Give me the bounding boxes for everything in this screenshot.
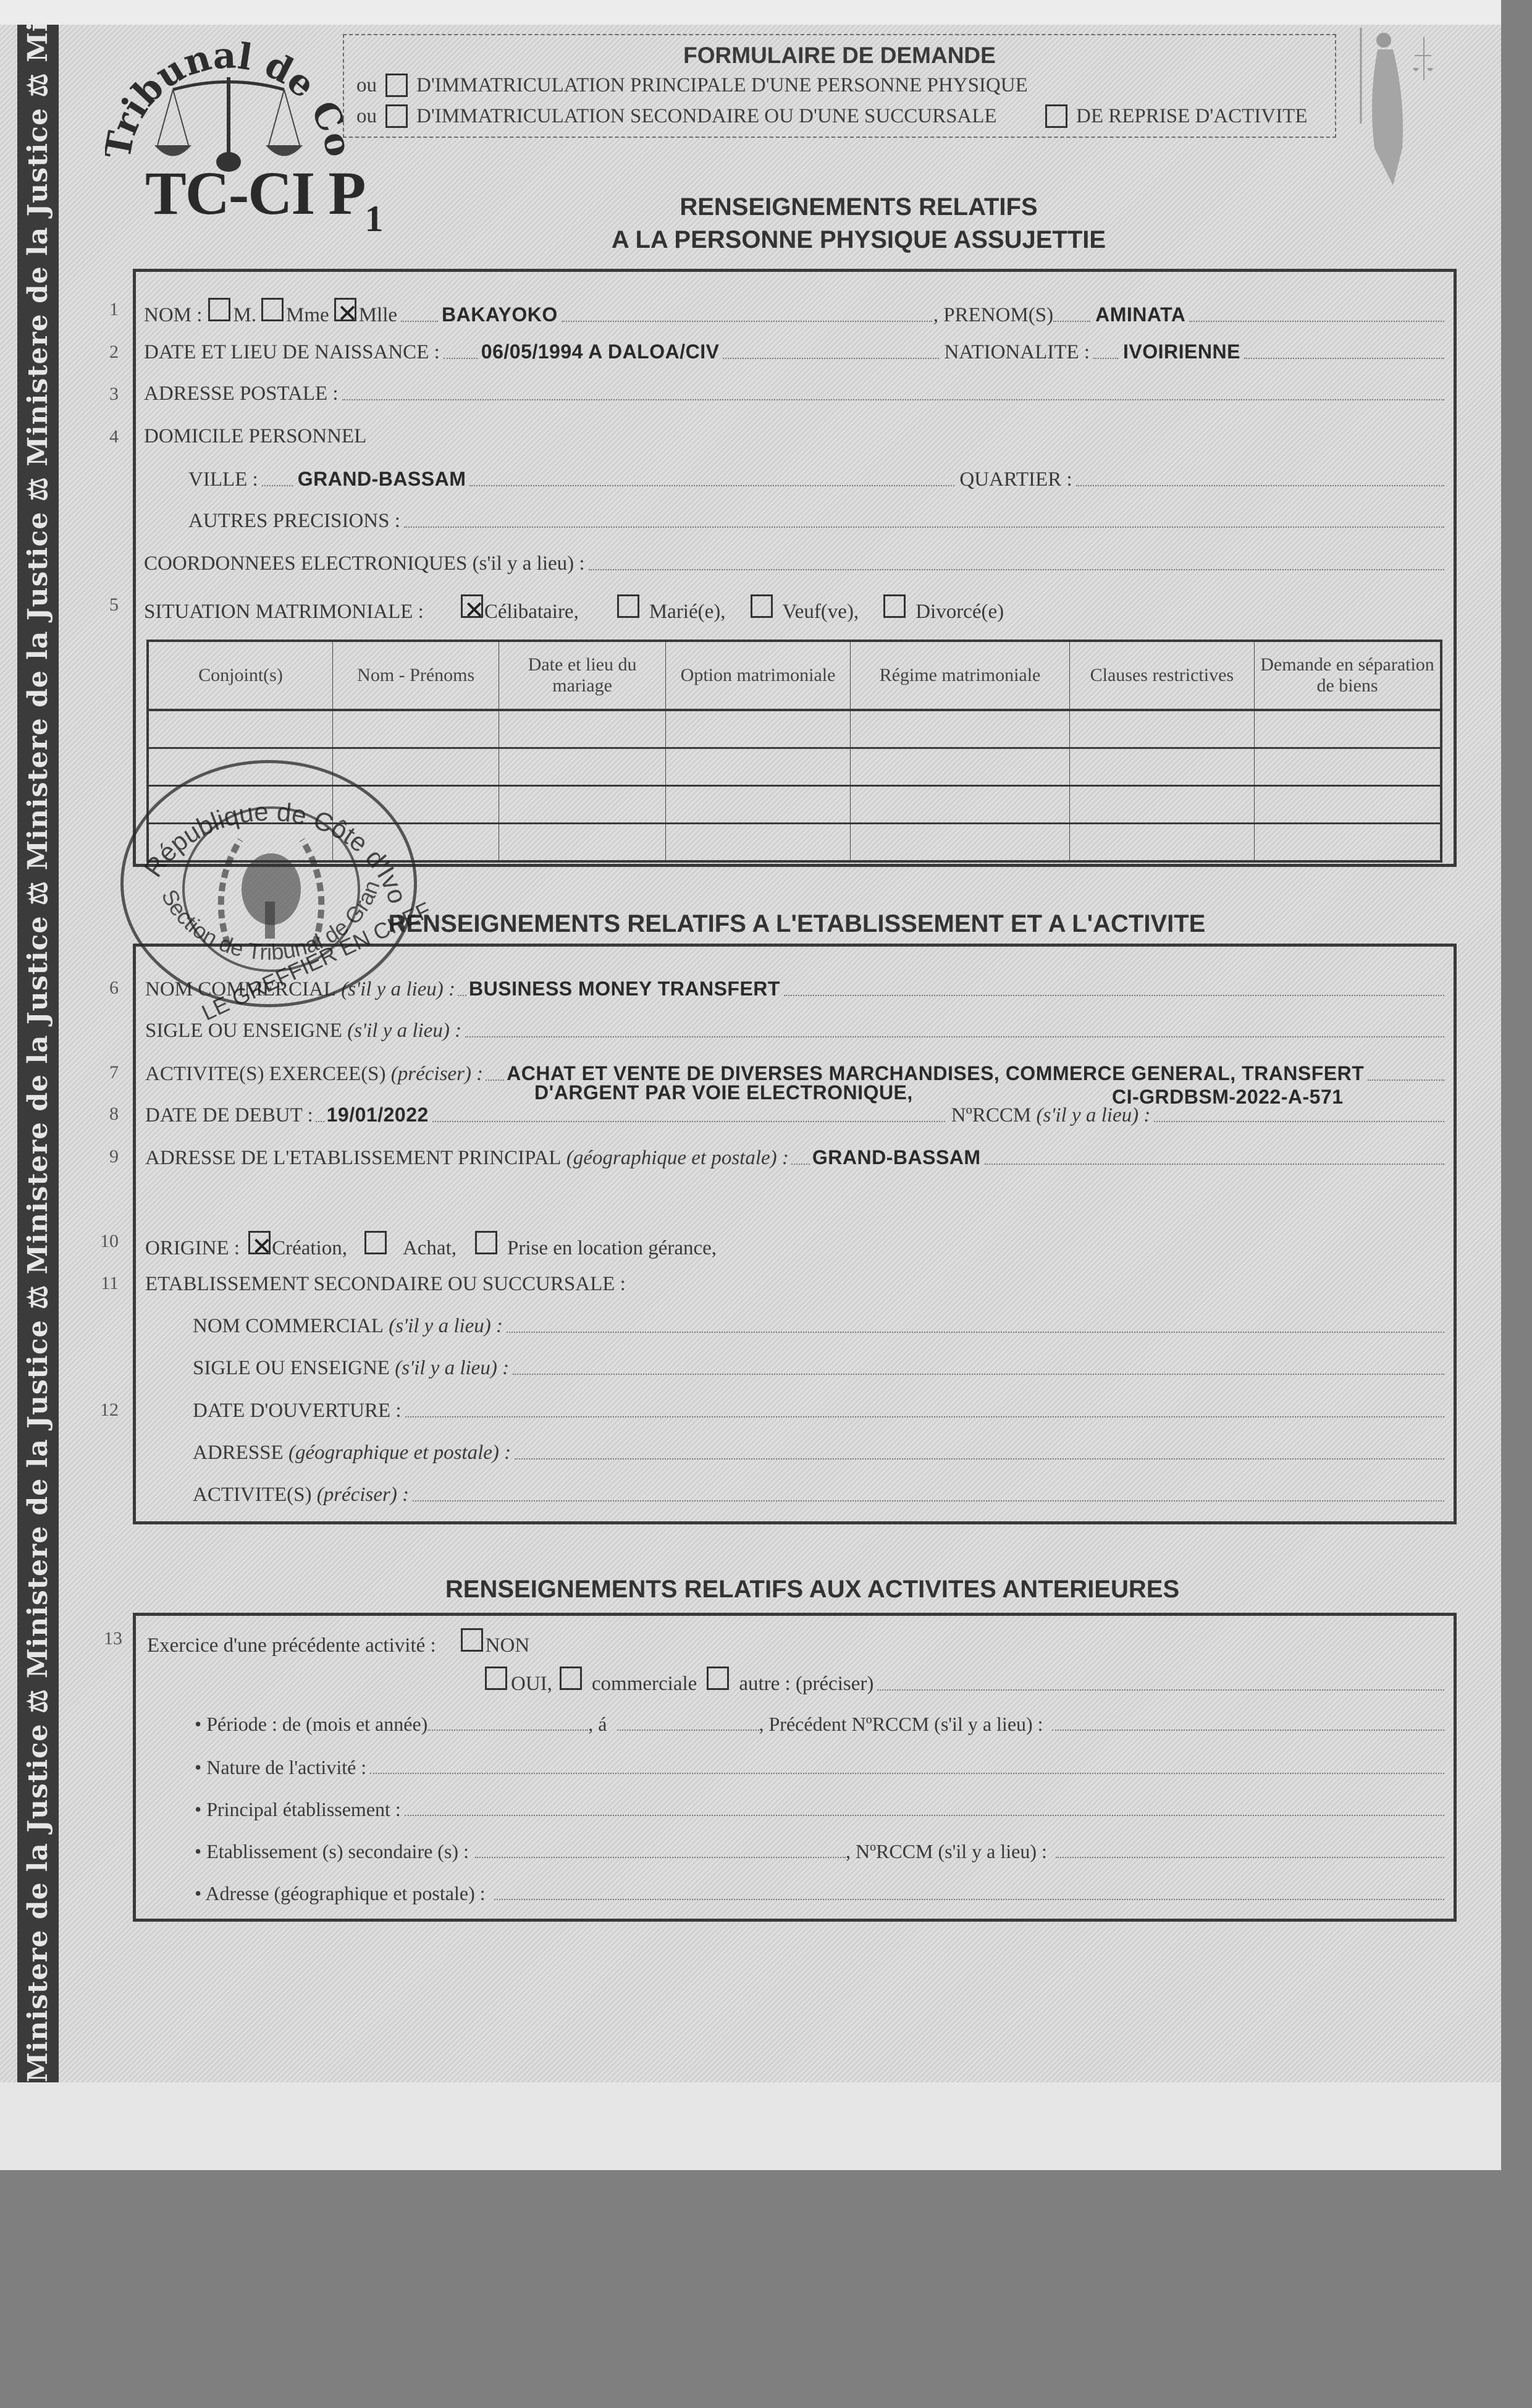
date-debut-label: DATE DE DEBUT : [145,1104,313,1127]
ville-label: VILLE : [188,468,258,491]
table-row [148,710,1441,748]
civility-mlle-label: Mlle [359,304,397,327]
checkbox-marie[interactable] [617,594,639,618]
paper-bottom-edge [0,2082,1501,2170]
origine-label: ORIGINE : [145,1237,240,1260]
checkbox-civility-mme[interactable] [261,298,284,321]
dotted-line [791,1164,810,1165]
adresse-postale-input[interactable] [342,399,1444,400]
option-reprise: DE REPRISE D'ACTIVITE [1045,104,1307,128]
sigle-hint: (s'il y a lieu) : [347,1020,461,1042]
checkbox-immatriculation-principale[interactable] [385,74,408,97]
section3-title: RENSEIGNEMENTS RELATIFS AUX ACTIVITES AN… [380,1576,1245,1603]
line-number: 10 [94,1231,119,1252]
exercice-row: Exercice d'une précédente activité : NON [147,1628,529,1657]
table-cell[interactable] [1255,786,1441,824]
precedent-rccm-input[interactable] [1052,1730,1444,1731]
sec-date-input[interactable] [405,1416,1444,1417]
ministry-side-band: Ministere de la Justice ⚖ Ministere de l… [17,25,59,2082]
table-cell[interactable] [851,786,1069,824]
table-cell[interactable] [665,786,851,824]
option-label: D'IMMATRICULATION PRINCIPALE D'UNE PERSO… [416,74,1028,97]
location-gerance-label: Prise en location gérance, [507,1237,717,1260]
dotted-line [562,321,932,322]
sec-adresse-hint: (géographique et postale) : [288,1442,511,1464]
nature-input[interactable] [370,1773,1444,1774]
prenom-value[interactable]: AMINATA [1095,303,1185,326]
line-number: 1 [94,299,119,320]
achat-label: Achat, [403,1237,457,1260]
table-cell[interactable] [665,824,851,862]
quartier-input[interactable] [1076,485,1444,486]
etab-secondaire-row: • Etablissement (s) secondaire (s) : , N… [195,1840,1444,1863]
dotted-line [262,485,293,486]
sigle-input[interactable] [465,1036,1444,1037]
activites-hint: (préciser) : [391,1063,483,1086]
adresse-anterieure-row: • Adresse (géographique et postale) : [195,1882,1444,1905]
etab-secondaire-input[interactable] [475,1857,846,1858]
periode-de-input[interactable] [427,1730,588,1731]
principal-input[interactable] [405,1815,1444,1816]
domicile-label: DOMICILE PERSONNEL [144,425,366,448]
activites-value-line2[interactable]: D'ARGENT PAR VOIE ELECTRONIQUE, [534,1081,913,1104]
dotted-line [469,485,954,486]
oui-label: OUI, [511,1673,552,1696]
periode-a-label: , á [588,1713,607,1736]
table-cell[interactable] [665,710,851,748]
sec-adresse-input[interactable] [515,1458,1444,1460]
line-number: 11 [94,1273,119,1294]
dotted-line [401,321,438,322]
line-number: 5 [94,594,119,615]
autre-label: autre : (préciser) [739,1673,873,1696]
checkbox-immatriculation-secondaire[interactable] [385,104,408,128]
form-code: TC-CI P1 [145,158,382,229]
request-type-box: FORMULAIRE DE DEMANDE ou D'IMMATRICULATI… [343,34,1336,138]
marie-label: Marié(e), [649,601,726,623]
etab-secondaire-label: • Etablissement (s) secondaire (s) : [195,1840,469,1863]
checkbox-commerciale[interactable] [560,1667,582,1690]
adresse-principal-label: ADRESSE DE L'ETABLISSEMENT PRINCIPAL [145,1147,561,1170]
table-cell[interactable] [1069,710,1254,748]
section1-title-line1: RENSEIGNEMENTS RELATIFS [565,193,1152,221]
domicile-row: DOMICILE PERSONNEL [144,425,366,448]
autres-precisions-row: AUTRES PRECISIONS : [188,510,1444,533]
nom-commercial-value[interactable]: BUSINESS MONEY TRANSFERT [469,978,780,1000]
checkbox-autre[interactable] [707,1667,729,1690]
sec-nom-row: NOM COMMERCIAL (s'il y a lieu) : [193,1315,1444,1338]
column-header: Date et lieu du mariage [499,641,665,710]
adresse-principal-hint: (géographique et postale) : [566,1147,789,1170]
dotted-line [1053,321,1090,322]
column-header: Clauses restrictives [1069,641,1254,710]
exercice-label: Exercice d'une précédente activité : [147,1634,436,1657]
origine-row: ORIGINE : Création, Achat, Prise en loca… [145,1231,717,1260]
table-cell[interactable] [332,710,499,748]
table-cell[interactable] [499,710,665,748]
column-header: Nom - Prénoms [332,641,499,710]
paper-top-edge [0,0,1501,25]
dotted-line [444,358,478,359]
dotted-line [1189,321,1444,322]
adresse-anterieure-label: • Adresse (géographique et postale) : [195,1882,486,1905]
sec-activite-input[interactable] [413,1500,1444,1502]
sec-nom-hint: (s'il y a lieu) : [389,1315,503,1338]
option-principal: ou D'IMMATRICULATION PRINCIPALE D'UNE PE… [356,74,1028,97]
dotted-line [784,995,1444,996]
ministry-band-text: Ministere de la Justice ⚖ Ministere de l… [17,25,59,2082]
line-number: 4 [94,426,119,447]
activites-label: ACTIVITE(S) EXERCEE(S) [145,1063,386,1086]
commerciale-label: commerciale [592,1673,697,1696]
dotted-line [458,995,466,996]
section1-title-line2: A LA PERSONNE PHYSIQUE ASSUJETTIE [503,226,1214,254]
checkbox-divorce[interactable] [883,594,906,618]
table-cell[interactable] [499,824,665,862]
sigle-row: SIGLE OU ENSEIGNE (s'il y a lieu) : [145,1020,1444,1042]
situation-label: SITUATION MATRIMONIALE : [144,601,424,623]
naissance-row: DATE ET LIEU DE NAISSANCE : 06/05/1994 A… [144,340,1444,364]
dotted-line [1154,1121,1444,1122]
sec-activite-row: ACTIVITE(S) (préciser) : [193,1484,1444,1506]
column-header: Option matrimoniale [665,641,851,710]
adresse-principal-row: ADRESSE DE L'ETABLISSEMENT PRINCIPAL (gé… [145,1146,1444,1170]
checkbox-oui[interactable] [485,1667,507,1690]
creation-label: Création, [272,1237,347,1260]
line-number: 13 [98,1628,122,1649]
coordonnees-input[interactable] [589,569,1444,570]
checkbox-civility-m[interactable] [208,298,230,321]
checkbox-civility-mlle[interactable] [334,298,356,321]
checkbox-reprise-activite[interactable] [1045,104,1067,128]
dotted-line [1368,1079,1444,1081]
line-number: 2 [94,342,119,363]
periode-row: • Période : de (mois et année) , á , Pré… [195,1713,1444,1736]
sec-sigle-label: SIGLE OU ENSEIGNE [193,1357,390,1380]
dotted-line [1093,358,1118,359]
form-page: Ministere de la Justice ⚖ Ministere de l… [0,0,1501,2170]
column-header: Conjoint(s) [148,641,332,710]
table-cell[interactable] [1069,786,1254,824]
rccm-label: NºRCCM [951,1104,1031,1127]
adresse-postale-label: ADRESSE POSTALE : [144,382,339,405]
principal-row: • Principal établissement : [195,1798,1444,1821]
option-prefix: ou [356,105,377,128]
dotted-line [486,1079,504,1081]
line-number: 8 [94,1104,119,1125]
line-number: 12 [94,1400,119,1421]
sigle-label: SIGLE OU ENSEIGNE [145,1020,342,1042]
line-number: 7 [94,1062,119,1083]
table-cell[interactable] [1255,748,1441,786]
naissance-value[interactable]: 06/05/1994 A DALOA/CIV [481,340,720,363]
table-cell[interactable] [851,824,1069,862]
nature-row: • Nature de l'activité : [195,1756,1444,1779]
checkbox-celibataire[interactable] [461,594,483,618]
date-debut-value[interactable]: 19/01/2022 [327,1104,429,1126]
secondaire-label: ETABLISSEMENT SECONDAIRE OU SUCCURSALE : [145,1273,626,1296]
nationalite-value[interactable]: IVOIRIENNE [1123,340,1240,363]
table-cell[interactable] [665,748,851,786]
line-number: 3 [94,384,119,405]
sec-activite-label: ACTIVITE(S) [193,1484,311,1506]
adresse-postale-row: ADRESSE POSTALE : [144,382,1444,405]
nature-label: • Nature de l'activité : [195,1756,366,1779]
periode-label: • Période : de (mois et année) [195,1713,427,1736]
table-cell[interactable] [148,710,332,748]
ville-value[interactable]: GRAND-BASSAM [298,468,466,491]
secondaire-row: ETABLISSEMENT SECONDAIRE OU SUCCURSALE : [145,1273,626,1296]
rccm-value[interactable]: CI-GRDBSM-2022-A-571 [1112,1086,1344,1109]
divorce-label: Divorcé(e) [915,601,1004,623]
civility-m-label: M. [233,304,256,327]
quartier-label: QUARTIER : [959,468,1072,491]
situation-row: SITUATION MATRIMONIALE : Célibataire, Ma… [144,594,1004,623]
autres-precisions-input[interactable] [404,526,1444,528]
lady-justice-statue-icon [1356,25,1433,192]
checkbox-location-gerance[interactable] [475,1231,497,1254]
precedent-rccm-label: , Précédent NºRCCM (s'il y a lieu) : [759,1713,1043,1736]
nationalite-label: NATIONALITE : [944,341,1090,364]
sec-nom-input[interactable] [507,1332,1444,1333]
prenom-label: , PRENOM(S) [933,304,1053,327]
dotted-line [985,1164,1444,1165]
sec-activite-hint: (préciser) : [317,1484,409,1506]
celibataire-label: Célibataire, [484,601,579,623]
autre-preciser-input[interactable] [877,1689,1444,1691]
nom-value[interactable]: BAKAYOKO [442,303,558,326]
option-prefix: ou [356,74,377,97]
autres-precisions-label: AUTRES PRECISIONS : [188,510,400,533]
sec-sigle-input[interactable] [513,1374,1444,1375]
form-code-text: TC-CI P [145,159,364,227]
checkbox-achat[interactable] [364,1231,387,1254]
sec-date-label: DATE D'OUVERTURE : [193,1400,402,1422]
adresse-principal-value[interactable]: GRAND-BASSAM [812,1146,981,1169]
line-number: 9 [94,1146,119,1167]
table-cell[interactable] [1255,824,1441,862]
checkbox-non[interactable] [461,1628,483,1652]
nom-label: NOM : [144,304,202,327]
sec-adresse-row: ADRESSE (géographique et postale) : [193,1442,1444,1464]
dotted-line [316,1121,324,1122]
table-cell[interactable] [1069,824,1254,862]
civility-mme-label: Mme [286,304,329,327]
sec-adresse-label: ADRESSE [193,1442,284,1464]
checkbox-creation[interactable] [248,1231,271,1254]
table-cell[interactable] [851,748,1069,786]
table-cell[interactable] [499,748,665,786]
oui-row: OUI, commerciale autre : (préciser) [485,1667,1444,1696]
table-cell[interactable] [851,710,1069,748]
naissance-label: DATE ET LIEU DE NAISSANCE : [144,341,440,364]
principal-label: • Principal établissement : [195,1798,401,1821]
dotted-line [432,1121,945,1122]
secondaire-rccm-label: , NºRCCM (s'il y a lieu) : [846,1840,1047,1863]
adresse-anterieure-input[interactable] [494,1899,1444,1900]
nom-row: NOM : M. Mme Mlle BAKAYOKO , PRENOM(S) A… [144,298,1444,327]
column-header: Demande en séparation de biens [1255,641,1441,710]
section2-title: RENSEIGNEMENTS RELATIFS A L'ETABLISSEMEN… [364,910,1229,938]
table-cell[interactable] [499,786,665,824]
sec-date-row: DATE D'OUVERTURE : [193,1400,1444,1422]
table-cell[interactable] [1255,710,1441,748]
sec-nom-label: NOM COMMERCIAL [193,1315,384,1338]
dotted-line [723,358,939,359]
non-label: NON [486,1634,530,1657]
sec-sigle-row: SIGLE OU ENSEIGNE (s'il y a lieu) : [193,1357,1444,1380]
line-number: 6 [94,978,119,999]
sec-sigle-hint: (s'il y a lieu) : [395,1357,509,1380]
coordonnees-row: COORDONNEES ELECTRONIQUES (s'il y a lieu… [144,552,1444,575]
coordonnees-label: COORDONNEES ELECTRONIQUES (s'il y a lieu… [144,552,585,575]
request-form-title: FORMULAIRE DE DEMANDE [344,43,1335,69]
form-code-subscript: 1 [364,198,382,239]
table-cell[interactable] [1069,748,1254,786]
ville-row: VILLE : GRAND-BASSAM QUARTIER : [188,468,1444,491]
checkbox-veuf[interactable] [751,594,773,618]
dotted-line [1244,358,1444,359]
column-header: Régime matrimoniale [851,641,1069,710]
option-label: D'IMMATRICULATION SECONDAIRE OU D'UNE SU… [416,105,997,128]
table-header-row: Conjoint(s) Nom - Prénoms Date et lieu d… [148,641,1441,710]
veuf-label: Veuf(ve), [783,601,859,623]
official-stamp: République de Côte d'Ivoire Section de T… [120,760,417,1007]
option-label: DE REPRISE D'ACTIVITE [1076,105,1307,128]
secondaire-rccm-input[interactable] [1056,1857,1444,1858]
option-secondaire: ou D'IMMATRICULATION SECONDAIRE OU D'UNE… [356,104,997,128]
periode-a-input[interactable] [617,1730,759,1731]
